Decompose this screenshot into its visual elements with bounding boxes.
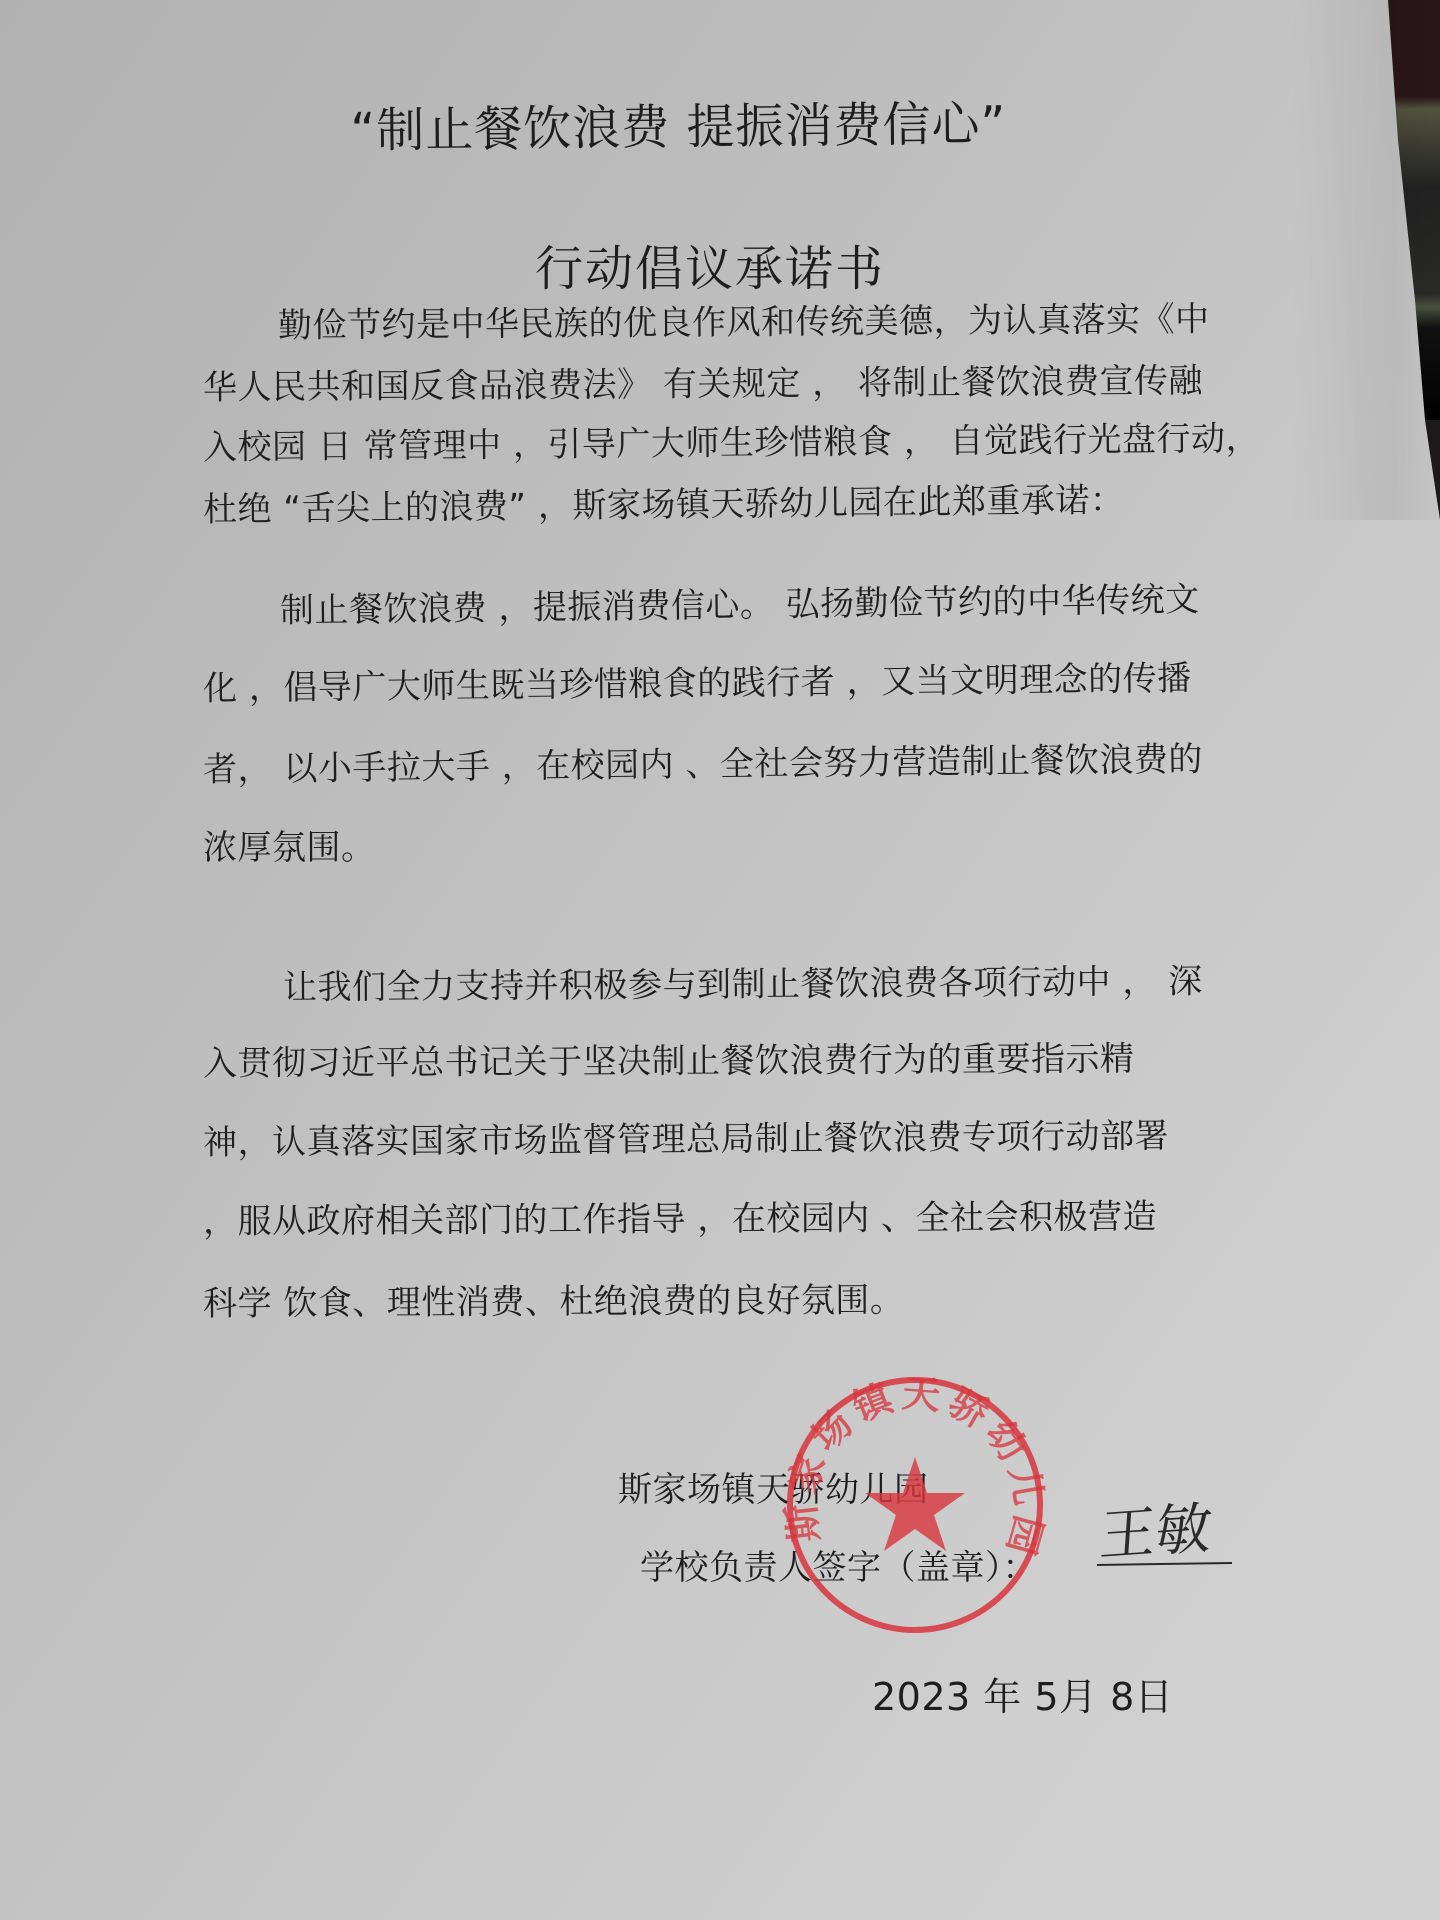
body-line: 让我们全力支持并积极参与到制止餐饮浪费各项行动中 ， 深: [283, 954, 1203, 1009]
body-line: 勤俭节约是中华民族的优良作风和传统美德，为认真落实《中: [278, 291, 1210, 347]
body-line: 科学 饮食、理性消费、杜绝浪费的良好氛围。: [203, 1272, 905, 1325]
body-line: 入校园 日 常管理中 ，引导广大师生珍惜粮食 ， 自觉践行光盘行动，: [203, 411, 1260, 469]
body-line: 者， 以小手拉大手 ，在校园内 、全社会努力营造制止餐饮浪费的: [203, 732, 1203, 791]
document-title: “制止餐饮浪费 提振消费信心”: [350, 84, 1111, 161]
body-line: 杜绝 “舌尖上的浪费” ，斯家场镇天骄幼儿园在此郑重承诺：: [203, 472, 1125, 531]
body-line: 化 ，倡导广大师生既当珍惜粮食的践行者 ，又当文明理念的传播: [203, 651, 1192, 710]
signature-label: 学校负责人签字（盖章）：: [640, 1540, 1037, 1589]
body-line: 华人民共和国反食品浪费法》 有关规定 ， 将制止餐饮浪费宣传融: [203, 353, 1203, 409]
document: “制止餐饮浪费 提振消费信心” 行动倡议承诺书 勤俭节约是中华民族的优良作风和传…: [0, 0, 1440, 1920]
body-line: 制止餐饮浪费 ，提振消费信心。 弘扬勤俭节约的中华传统文: [280, 572, 1200, 632]
organization-name: 斯家场镇天骄幼儿园: [618, 1462, 929, 1511]
handwritten-signature: 王敏: [1097, 1484, 1214, 1572]
body-line: 神，认真落实国家市场监督管理总局制止餐饮浪费专项行动部署: [203, 1108, 1169, 1164]
body-line: ，服从政府相关部门的工作指导 ，在校园内 、全社会积极营造: [203, 1189, 1157, 1243]
body-line: 入贯彻习近平总书记关于坚决制止餐饮浪费行为的重要指示精: [203, 1031, 1135, 1085]
document-date: 2023 年 5月 8日: [872, 1666, 1173, 1721]
document-subtitle: 行动倡议承诺书: [535, 230, 885, 299]
body-line: 浓厚氛围。: [203, 820, 376, 869]
